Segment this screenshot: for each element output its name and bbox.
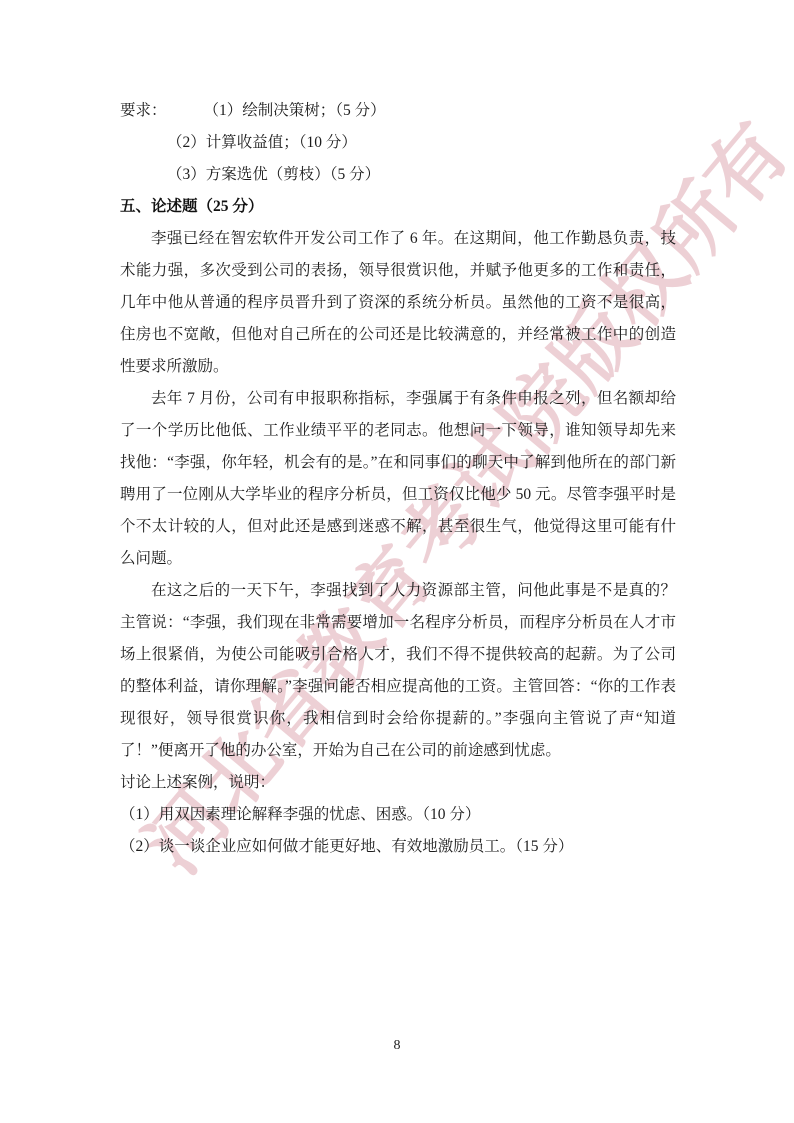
discussion-question-2: （2）谈一谈企业应如何做才能更好地、有效地激励员工。（15 分） xyxy=(120,831,676,863)
case-paragraph-1: 李强已经在智宏软件开发公司工作了 6 年。在这期间，他工作勤恳负责，技术能力强，… xyxy=(120,223,676,383)
requirements-line-1: 要求：（1）绘制决策树；（5 分） xyxy=(120,95,676,127)
requirements-line-3: （3）方案选优（剪枝）（5 分） xyxy=(120,159,676,191)
discussion-lead: 讨论上述案例，说明： xyxy=(120,767,676,799)
section-heading-essay: 五、论述题（25 分） xyxy=(120,191,676,223)
requirement-item-3: （3）方案选优（剪枝）（5 分） xyxy=(167,166,380,183)
document-page: 河北省教育考试院版权所有 要求：（1）绘制决策树；（5 分） （2）计算收益值；… xyxy=(0,0,794,1123)
requirement-item-1: （1）绘制决策树；（5 分） xyxy=(204,102,386,119)
page-content: 要求：（1）绘制决策树；（5 分） （2）计算收益值；（10 分） （3）方案选… xyxy=(120,95,676,863)
requirements-line-2: （2）计算收益值；（10 分） xyxy=(120,127,676,159)
case-paragraph-2: 去年 7 月份，公司有申报职称指标，李强属于有条件申报之列，但名额却给了一个学历… xyxy=(120,383,676,575)
page-number: 8 xyxy=(0,1038,794,1054)
requirement-item-2: （2）计算收益值；（10 分） xyxy=(167,134,357,151)
requirements-label: 要求： xyxy=(120,102,167,119)
discussion-question-1: （1）用双因素理论解释李强的忧虑、困惑。（10 分） xyxy=(120,799,676,831)
case-paragraph-3: 在这之后的一天下午，李强找到了人力资源部主管，问他此事是不是真的？主管说：“李强… xyxy=(120,575,676,767)
